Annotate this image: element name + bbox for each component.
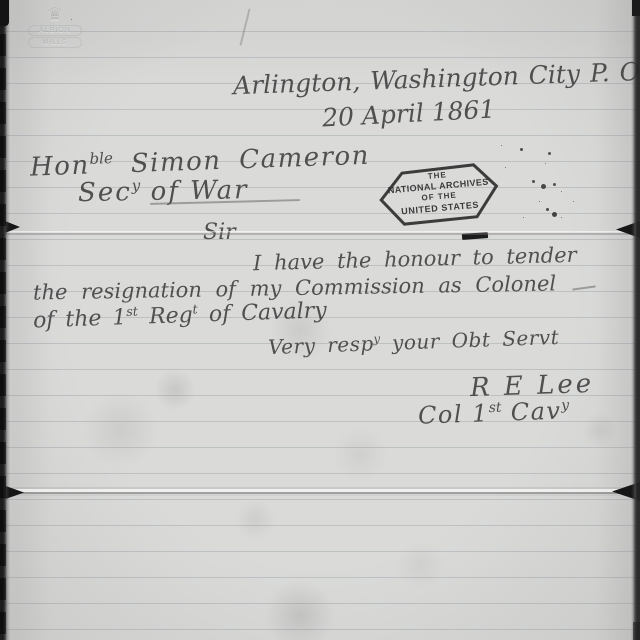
papermark-line-1: ALBION	[28, 25, 82, 36]
sigtitle-mid: Cav	[501, 397, 562, 427]
addressee-title-prefix: Sec	[78, 177, 132, 208]
corner-mark-top-left	[0, 0, 9, 26]
embossed-papermark-seal: ♛ ALBION MILLS	[26, 4, 84, 76]
body3-superscript-st: st	[126, 304, 138, 319]
body3-rest: of Cavalry	[197, 298, 327, 327]
scanned-letter-page: ♛ ALBION MILLS Arlington, Washington Cit…	[0, 0, 640, 640]
corner-mark-bottom-right	[633, 622, 640, 640]
sigtitle-superscript-y: y	[561, 397, 569, 413]
ink-specks	[520, 148, 523, 151]
left-binding-edge	[0, 0, 10, 640]
corner-mark-top-right	[632, 0, 640, 16]
body3-mid: Reg	[138, 303, 194, 330]
addressee-prefix-superscript: ble	[89, 149, 113, 168]
fold-crease-upper	[0, 231, 640, 236]
closing-pre: Very resp	[268, 331, 374, 359]
body3-pre: of the 1	[33, 305, 127, 333]
right-binding-edge	[631, 0, 640, 640]
sigtitle-superscript-st: st	[488, 400, 501, 416]
papermark-line-2: MILLS	[28, 37, 82, 48]
sigtitle-pre: Col 1	[418, 399, 490, 429]
crown-icon: ♛	[26, 4, 84, 24]
fold-crease-lower	[0, 487, 640, 499]
signature-title: Col 1st Cavy	[418, 396, 570, 429]
national-archives-stamp: THE NATIONAL ARCHIVES OF THE UNITED STAT…	[377, 161, 502, 229]
